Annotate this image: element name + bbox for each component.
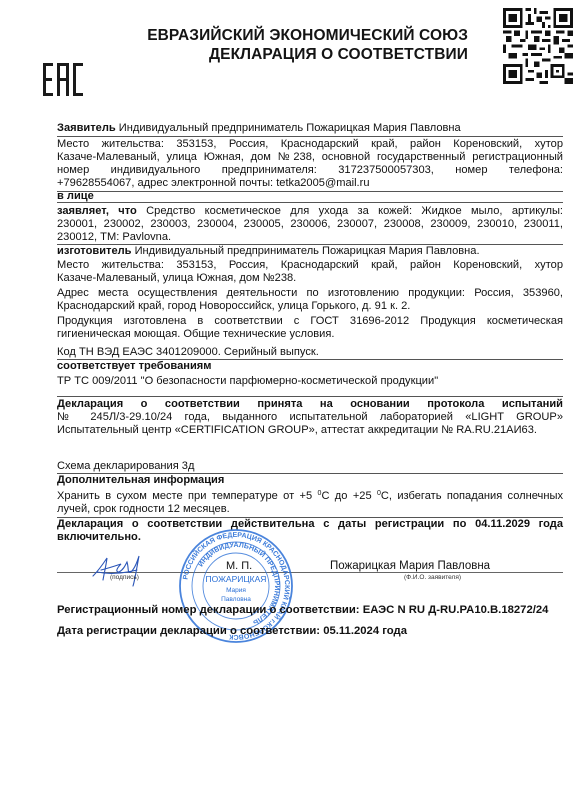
divider <box>57 202 563 203</box>
gost-line-1: Продукция изготовлена в соответствии с Г… <box>57 315 563 328</box>
validity-line-1: Декларация о соответствии действительна … <box>57 518 563 531</box>
svg-text:Павловна: Павловна <box>221 596 251 603</box>
requirements-label: соответствует требованиям <box>57 360 563 373</box>
declaration-page: ЕВРАЗИЙСКИЙ ЭКОНОМИЧЕСКИЙ СОЮЗ ДЕКЛАРАЦИ… <box>0 0 582 800</box>
applicant-name: Индивидуальный предприниматель Пожарицка… <box>116 122 461 134</box>
manufacturer-address-1: Место жительства: 353153, Россия, Красно… <box>57 259 563 272</box>
applicant-address-2: Казаче-Малеваный, улица Южная, дом №238,… <box>57 151 563 164</box>
basis-line-3: Испытательный центр «CERTIFICATION GROUP… <box>57 424 563 437</box>
svg-text:Мария: Мария <box>226 587 246 594</box>
manufacturer-address-2: Казаче-Малеваный, улица Южная, дом №238. <box>57 272 563 285</box>
production-address-1: Адрес места осуществления деятельности п… <box>57 287 563 300</box>
signature-icon <box>87 550 147 590</box>
storage-line-1: Хранить в сухом месте при температуре от… <box>57 490 563 503</box>
production-address-2: Краснодарский край, город Новороссийск, … <box>57 300 563 313</box>
union-title: ЕВРАЗИЙСКИЙ ЭКОНОМИЧЕСКИЙ СОЮЗ <box>120 26 468 45</box>
eac-logo-icon <box>43 63 83 96</box>
svg-text:ПОЖАРИЦКАЯ: ПОЖАРИЦКАЯ <box>206 574 267 584</box>
storage-text-a: Хранить в сухом месте при температуре от… <box>57 490 318 502</box>
manufacturer-label: изготовитель <box>57 245 131 257</box>
customs-code: Код ТН ВЭД ЕАЭС 3401209000. Серийный вып… <box>57 346 563 359</box>
applicant-signature-name: Пожарицкая Мария Павловна <box>330 560 550 573</box>
registration-number: Регистрационный номер декларации о соотв… <box>57 604 563 617</box>
declares-line-3: 230012, ТМ: Pavlovna. <box>57 231 563 244</box>
additional-info-label: Дополнительная информация <box>57 474 563 487</box>
applicant-contact: +79628554067, адрес электронной почты: t… <box>57 177 563 190</box>
document-title: ДЕКЛАРАЦИЯ О СООТВЕТСТВИИ <box>120 45 468 64</box>
signature-caption: (подпись) <box>110 574 139 581</box>
qr-code-icon <box>503 8 573 84</box>
product-description: Средство косметическое для ухода за коже… <box>137 205 563 217</box>
divider <box>57 136 563 137</box>
declares-line-1: заявляет, что Средство косметическое для… <box>57 205 563 218</box>
declares-label: заявляет, что <box>57 205 137 217</box>
divider <box>57 396 563 397</box>
storage-text-c: С, избегать попадания солнечных <box>381 490 563 502</box>
gost-line-2: гигиеническая моющая. Общие технические … <box>57 328 563 341</box>
applicant-line: Заявитель Индивидуальный предприниматель… <box>57 122 563 135</box>
basis-line-2: № 245Л/3-29.10/24 года, выданного испыта… <box>57 411 563 424</box>
storage-line-2: лучей, срок годности 12 месяцев. <box>57 503 563 516</box>
basis-line-1: Декларация о соответствии принята на осн… <box>57 398 563 411</box>
manufacturer-name: Индивидуальный предприниматель Пожарицка… <box>131 245 479 257</box>
scheme-text: Схема декларирования 3д <box>57 460 563 473</box>
manufacturer-line: изготовитель Индивидуальный предпринимат… <box>57 245 563 258</box>
requirements-text: ТР ТС 009/2011 "О безопасности парфюмерн… <box>57 375 563 388</box>
applicant-label: Заявитель <box>57 122 116 134</box>
registration-date: Дата регистрации декларации о соответств… <box>57 625 563 638</box>
storage-text-b: С до +25 <box>321 490 377 502</box>
name-caption: (Ф.И.О. заявителя) <box>404 574 461 581</box>
validity-line-2: включительно. <box>57 531 563 544</box>
applicant-address-3: номер индивидуального предпринимателя: 3… <box>57 164 563 177</box>
declares-line-2: 230001, 230002, 230003, 230004, 230005, … <box>57 218 563 231</box>
applicant-address-1: Место жительства: 353153, Россия, Красно… <box>57 138 563 151</box>
